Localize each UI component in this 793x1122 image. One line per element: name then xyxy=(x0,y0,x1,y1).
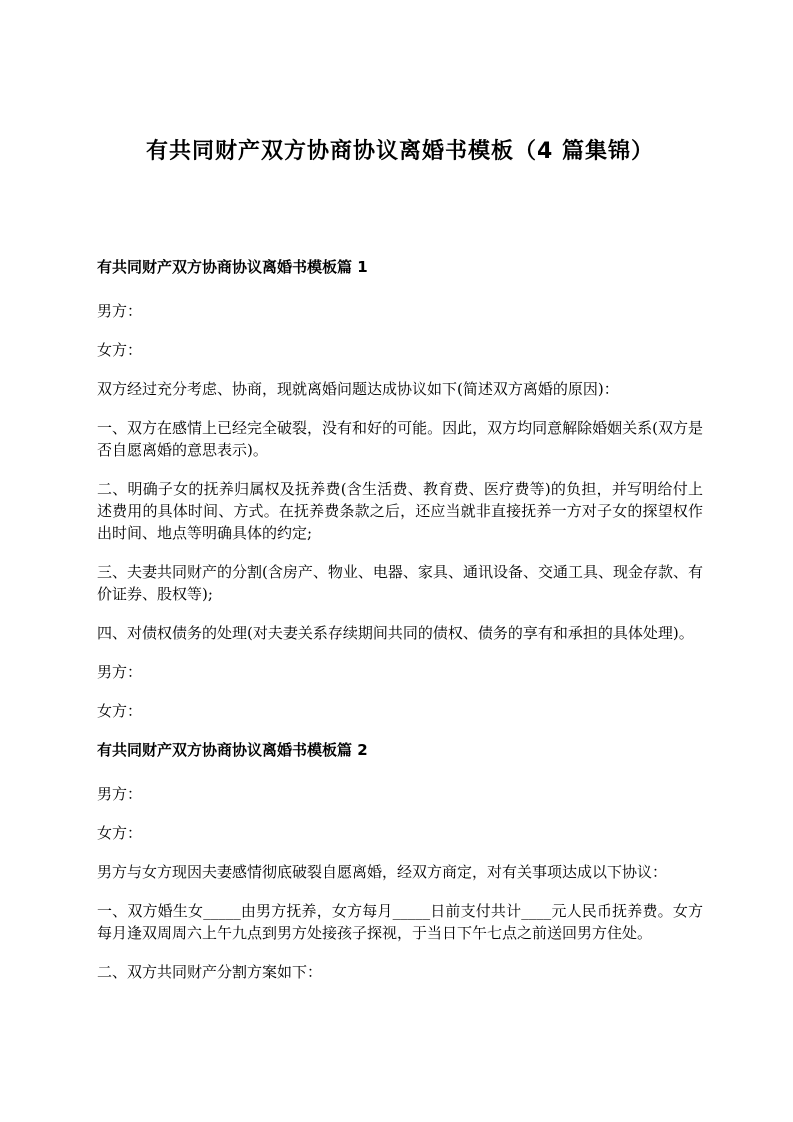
paragraph: 二、明确子女的抚养归属权及抚养费(含生活费、教育费、医疗费等)的负担，并写明给付… xyxy=(97,478,703,544)
paragraph: 一、双方婚生女_____由男方抚养，女方每月_____日前支付共计____元人民… xyxy=(97,900,703,944)
section-2-heading: 有共同财产双方协商协议离婚书模板篇 2 xyxy=(97,739,703,761)
paragraph: 女方： xyxy=(97,700,703,722)
paragraph: 双方经过充分考虑、协商，现就离婚问题达成协议如下(简述双方离婚的原因)： xyxy=(97,378,703,400)
section-1-heading: 有共同财产双方协商协议离婚书模板篇 1 xyxy=(97,256,703,278)
paragraph: 一、双方在感情上已经完全破裂，没有和好的可能。因此，双方均同意解除婚姻关系(双方… xyxy=(97,417,703,461)
paragraph: 女方： xyxy=(97,339,703,361)
document-title: 有共同财产双方协商协议离婚书模板（4 篇集锦） xyxy=(97,137,703,167)
paragraph: 男方： xyxy=(97,300,703,322)
paragraph: 三、夫妻共同财产的分割(含房产、物业、电器、家具、通讯设备、交通工具、现金存款、… xyxy=(97,561,703,605)
document-page: 有共同财产双方协商协议离婚书模板（4 篇集锦） 有共同财产双方协商协议离婚书模板… xyxy=(0,0,793,1122)
paragraph: 男方与女方现因夫妻感情彻底破裂自愿离婚，经双方商定，对有关事项达成以下协议： xyxy=(97,861,703,883)
paragraph: 男方： xyxy=(97,661,703,683)
paragraph: 四、对债权债务的处理(对夫妻关系存续期间共同的债权、债务的享有和承担的具体处理)… xyxy=(97,622,703,644)
paragraph: 男方： xyxy=(97,783,703,805)
paragraph: 女方： xyxy=(97,822,703,844)
paragraph: 二、双方共同财产分割方案如下： xyxy=(97,961,703,983)
